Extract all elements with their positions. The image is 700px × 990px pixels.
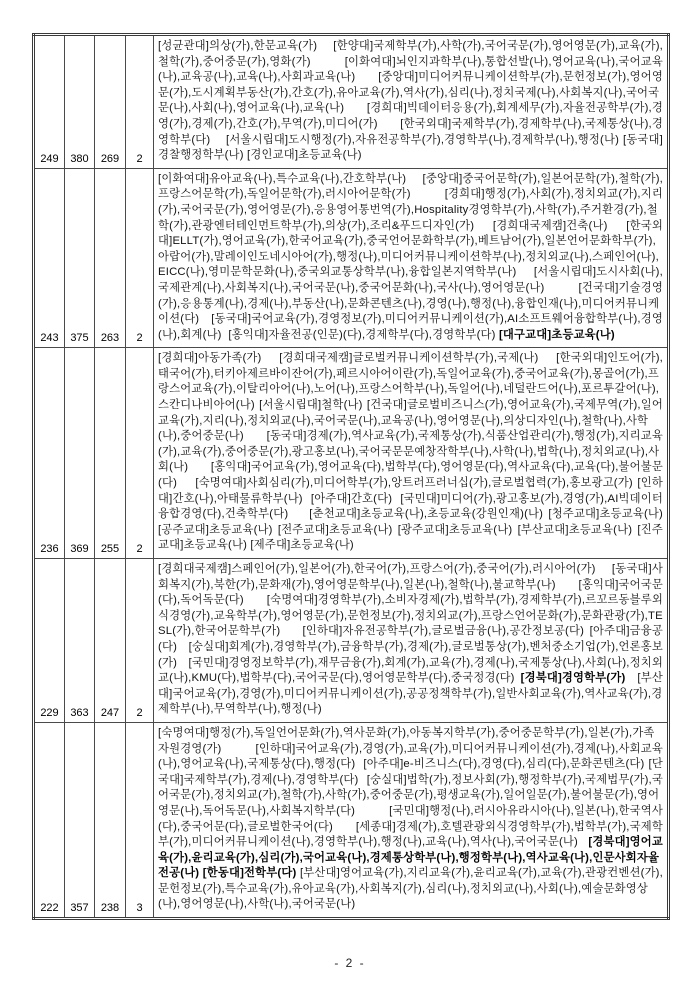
admission-table: 249 380 269 2 [성균관대]의상(가),한문교육(가) [한양대]국… <box>32 33 670 920</box>
count-cell-3: 247 <box>95 559 126 723</box>
count-cell-2: 363 <box>65 559 95 723</box>
count-cell-1: 243 <box>34 168 65 348</box>
count-cell-3: 238 <box>95 722 126 918</box>
page-number: - 2 - <box>0 956 700 970</box>
count-cell-1: 222 <box>34 722 65 918</box>
count-cell-2: 380 <box>65 35 95 169</box>
department-list-segment-bold: [대구교대]초등교육(나) <box>499 329 615 341</box>
table-row: 243 375 263 2 [이화여대]유아교육(나),특수교육(나),간호학부… <box>34 168 669 348</box>
count-cell-1: 249 <box>34 35 65 169</box>
count-cell-4: 2 <box>126 35 154 169</box>
table-row: 222 357 238 3 [숙명여대]행정(가),독일언어문화(가),역사문화… <box>34 722 669 918</box>
rows-body: 249 380 269 2 [성균관대]의상(가),한문교육(가) [한양대]국… <box>34 35 669 919</box>
count-cell-4: 2 <box>126 348 154 559</box>
count-cell-3: 269 <box>95 35 126 169</box>
department-list-segment: [이화여대]유아교육(나),특수교육(나),간호학부(나) [중앙대]중국어문학… <box>158 173 663 341</box>
department-list-segment: [경희대국제캠]스페인어(가),일본어(가),한국어(가),프랑스어(가),중국… <box>158 563 663 684</box>
departments-cell: [이화여대]유아교육(나),특수교육(나),간호학부(나) [중앙대]중국어문학… <box>154 168 669 348</box>
table-row: 229 363 247 2 [경희대국제캠]스페인어(가),일본어(가),한국어… <box>34 559 669 723</box>
departments-cell: [경희대]아동가족(가) [경희대국제캠]글로벌커뮤니케이션학부(가),국제(나… <box>154 348 669 559</box>
document-page: 249 380 269 2 [성균관대]의상(가),한문교육(가) [한양대]국… <box>0 0 700 990</box>
table-row: 236 369 255 2 [경희대]아동가족(가) [경희대국제캠]글로벌커뮤… <box>34 348 669 559</box>
department-list-segment: [숙명여대]행정(가),독일언어문화(가),역사문화(가),아동복지학부(가),… <box>158 727 663 848</box>
count-cell-4: 2 <box>126 559 154 723</box>
departments-cell: [경희대국제캠]스페인어(가),일본어(가),한국어(가),프랑스어(가),중국… <box>154 559 669 723</box>
count-cell-3: 263 <box>95 168 126 348</box>
department-list-segment: [성균관대]의상(가),한문교육(가) [한양대]국제학부(가),사학(가),국… <box>158 40 663 161</box>
departments-cell: [성균관대]의상(가),한문교육(가) [한양대]국제학부(가),사학(가),국… <box>154 35 669 169</box>
count-cell-2: 375 <box>65 168 95 348</box>
count-cell-2: 369 <box>65 348 95 559</box>
department-list-segment-bold: [경북대]경영학부(가) <box>521 672 626 684</box>
count-cell-4: 2 <box>126 168 154 348</box>
departments-cell: [숙명여대]행정(가),독일언어문화(가),역사문화(가),아동복지학부(가),… <box>154 722 669 918</box>
count-cell-4: 3 <box>126 722 154 918</box>
count-cell-1: 229 <box>34 559 65 723</box>
count-cell-2: 357 <box>65 722 95 918</box>
count-cell-3: 255 <box>95 348 126 559</box>
table-row: 249 380 269 2 [성균관대]의상(가),한문교육(가) [한양대]국… <box>34 35 669 169</box>
count-cell-1: 236 <box>34 348 65 559</box>
department-list-segment: [경희대]아동가족(가) [경희대국제캠]글로벌커뮤니케이션학부(가),국제(나… <box>158 352 666 551</box>
